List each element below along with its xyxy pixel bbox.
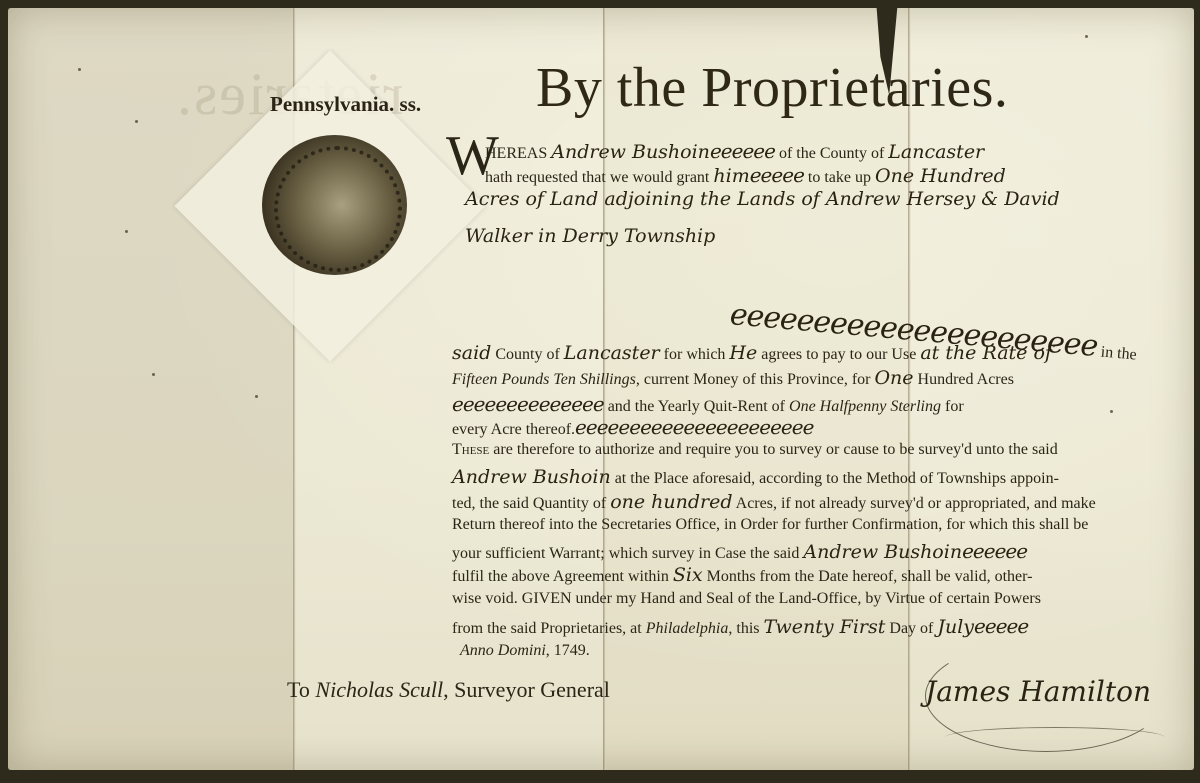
warrant-line: Anno Domini, 1749. xyxy=(460,643,590,659)
printed-text: hath requested that we would grant xyxy=(485,169,713,186)
warrant-line: fulfil the above Agreement within Six Mo… xyxy=(452,566,1032,585)
warrant-line: Acres of Land adjoining the Lands of And… xyxy=(465,190,1060,209)
printed-text: your sufficient Warrant; which survey in… xyxy=(452,545,803,562)
addressee-name: Nicholas Scull xyxy=(315,677,443,702)
warrant-line: These are therefore to authorize and req… xyxy=(452,442,1058,458)
line-filler-flourish: eeeeeeeeeeeeeeeeeeeeee xyxy=(575,415,813,439)
handwritten-entry: Acres of Land adjoining the Lands of And… xyxy=(465,188,1060,210)
addressee-line: To Nicholas Scull, Surveyor General xyxy=(287,677,610,703)
printed-text: , this xyxy=(728,620,763,637)
printed-text: in the xyxy=(1096,343,1137,363)
handwritten-entry: One xyxy=(874,367,913,389)
printed-text: HEREAS xyxy=(485,145,551,162)
warrant-line: Walker in Derry Township xyxy=(465,227,715,246)
handwritten-entry: Six xyxy=(673,564,703,586)
document-title: By the Proprietaries. xyxy=(536,56,1008,120)
warrant-line: eeeeeeeeeeeeee and the Yearly Quit-Rent … xyxy=(452,394,964,415)
printed-text: agrees to pay to our Use xyxy=(757,346,920,363)
printed-text: of the County of xyxy=(775,145,888,162)
printed-text: , current Money of this Province, for xyxy=(636,371,875,388)
printed-italic-text: Anno Domini xyxy=(460,642,546,659)
signature: James Hamilton xyxy=(925,675,1151,708)
handwritten-entry: Andrew Bushoin xyxy=(452,466,611,488)
printed-text: Months from the Date hereof, shall be va… xyxy=(703,568,1033,585)
printed-text: County of xyxy=(491,346,563,363)
handwritten-entry: Andrew Bushoin xyxy=(803,541,962,563)
printed-text: ted, the said Quantity of xyxy=(452,495,610,512)
printed-text: from the said Proprietaries, at xyxy=(452,620,646,637)
printed-text: Return thereof into the Secretaries Offi… xyxy=(452,516,1088,533)
warrant-line: said County of Lancaster for which He ag… xyxy=(452,344,1052,363)
line-filler-flourish: eeeee xyxy=(750,163,804,187)
handwritten-entry: him xyxy=(713,165,749,187)
warrant-line: from the said Proprietaries, at Philadel… xyxy=(452,616,1028,637)
handwritten-entry: at the Rate of xyxy=(920,342,1052,364)
warrant-line: hath requested that we would grant himee… xyxy=(485,165,1006,186)
line-filler-flourish: eeeee xyxy=(974,614,1028,638)
fold-crease xyxy=(908,8,911,770)
state-label: Pennsylvania. ss. xyxy=(270,92,421,117)
warrant-line: your sufficient Warrant; which survey in… xyxy=(452,541,1027,562)
line-filler-flourish: eeeeee xyxy=(962,539,1027,563)
warrant-line: ted, the said Quantity of one hundred Ac… xyxy=(452,493,1096,512)
printed-text: Acres, if not already survey'd or approp… xyxy=(733,495,1096,512)
printed-text: every Acre thereof. xyxy=(452,421,575,438)
printed-text: Hundred Acres xyxy=(914,371,1014,388)
warrant-line: Andrew Bushoin at the Place aforesaid, a… xyxy=(452,468,1059,487)
printed-text: at the Place aforesaid, according to the… xyxy=(611,470,1059,487)
fold-crease xyxy=(603,8,606,770)
printed-text: fulfil the above Agreement within xyxy=(452,568,673,585)
printed-text: and the Yearly Quit-Rent of xyxy=(604,398,789,415)
printed-text: Day of xyxy=(885,620,937,637)
printed-italic-text: One Halfpenny Sterling xyxy=(789,398,941,415)
handwritten-entry: one hundred xyxy=(610,491,732,513)
printed-text: for which xyxy=(660,346,730,363)
warrant-line: HEREAS Andrew Bushoineeeeee of the Count… xyxy=(485,141,984,162)
printed-smallcaps-text: These xyxy=(452,441,489,458)
handwritten-entry: Walker in Derry Township xyxy=(465,225,715,247)
addressee-prefix: To xyxy=(287,677,315,702)
warrant-line: Return thereof into the Secretaries Offi… xyxy=(452,517,1088,533)
warrant-line: wise void. GIVEN under my Hand and Seal … xyxy=(452,591,1041,607)
handwritten-entry: July xyxy=(937,616,974,638)
signature-underline xyxy=(945,727,1165,748)
printed-text: are therefore to authorize and require y… xyxy=(489,441,1057,458)
printed-text: , 1749. xyxy=(546,642,590,659)
line-filler-flourish: eeeeee xyxy=(710,139,775,163)
line-filler-flourish: eeeeeeeeeeeeee xyxy=(452,392,604,416)
warrant-line: Fifteen Pounds Ten Shillings, current Mo… xyxy=(452,369,1014,388)
printed-text: to take up xyxy=(804,169,875,186)
addressee-title: , Surveyor General xyxy=(443,677,610,702)
seal-ring xyxy=(274,146,402,272)
handwritten-entry: Lancaster xyxy=(564,342,660,364)
warrant-line: every Acre thereof.eeeeeeeeeeeeeeeeeeeee… xyxy=(452,417,813,438)
printed-text: wise void. GIVEN under my Hand and Seal … xyxy=(452,590,1041,607)
handwritten-entry: Twenty First xyxy=(764,616,886,638)
fold-panel-3 xyxy=(603,8,908,770)
handwritten-entry: Andrew Bushoin xyxy=(551,141,710,163)
handwritten-entry: One Hundred xyxy=(875,165,1006,187)
printed-text: for xyxy=(941,398,964,415)
printed-italic-text: Fifteen Pounds Ten Shillings xyxy=(452,371,636,388)
handwritten-entry: He xyxy=(729,342,757,364)
handwritten-entry: said xyxy=(452,342,491,364)
printed-italic-text: Philadelphia xyxy=(646,620,729,637)
handwritten-entry: Lancaster xyxy=(888,141,984,163)
